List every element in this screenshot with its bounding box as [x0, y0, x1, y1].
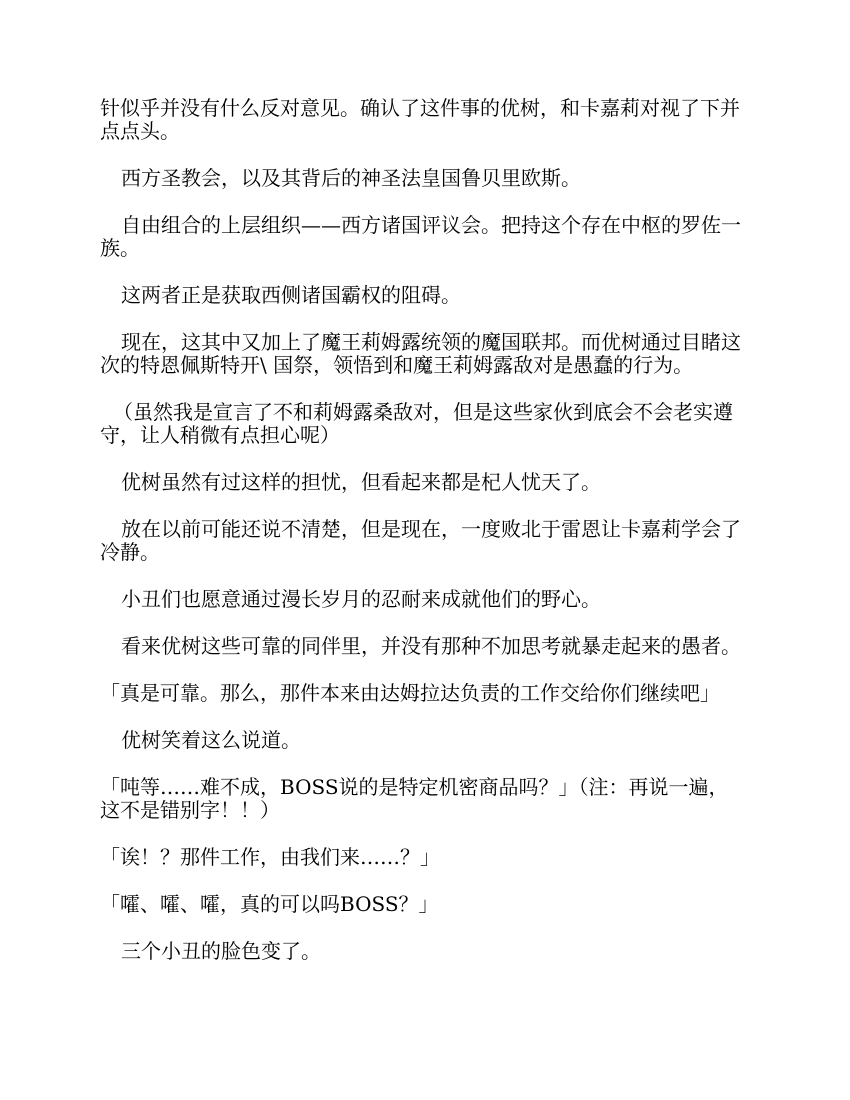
paragraph-5: 现在，这其中又加上了魔王莉姆露统领的魔国联邦。而优树通过目睹这次的特恩佩斯特开\…	[100, 331, 748, 377]
paragraph-6-inner-thought: （虽然我是宣言了不和莉姆露桑敌对，但是这些家伙到底会不会老实遵守，让人稍微有点担…	[100, 401, 748, 447]
paragraph-2: 西方圣教会，以及其背后的神圣法皇国鲁贝里欧斯。	[100, 167, 748, 190]
paragraph-16: 三个小丑的脸色变了。	[100, 940, 748, 963]
dialogue-line-1: 「真是可靠。那么，那件本来由达姆拉达负责的工作交给你们继续吧」	[100, 682, 748, 705]
paragraph-4: 这两者正是获取西侧诸国霸权的阻碍。	[100, 284, 748, 307]
paragraph-8: 放在以前可能还说不清楚，但是现在，一度败北于雷恩让卡嘉莉学会了冷静。	[100, 518, 748, 564]
dialogue-line-2: 「吨等……难不成，BOSS说的是特定机密商品吗？」（注：再说一遍，这不是错别字！…	[100, 776, 748, 822]
paragraph-1: 针似乎并没有什么反对意见。确认了这件事的优树，和卡嘉莉对视了下并点点头。	[100, 97, 748, 143]
paragraph-12: 优树笑着这么说道。	[100, 729, 748, 752]
paragraph-3: 自由组合的上层组织——西方诸国评议会。把持这个存在中枢的罗佐一族。	[100, 214, 748, 260]
paragraph-7: 优树虽然有过这样的担忧，但看起来都是杞人忧天了。	[100, 471, 748, 494]
dialogue-line-3: 「诶！？那件工作，由我们来……？」	[100, 846, 748, 869]
paragraph-10: 看来优树这些可靠的同伴里，并没有那种不加思考就暴走起来的愚者。	[100, 635, 748, 658]
dialogue-line-4: 「嚯、嚯、嚯，真的可以吗BOSS？」	[100, 893, 748, 916]
document-page: 针似乎并没有什么反对意见。确认了这件事的优树，和卡嘉莉对视了下并点点头。 西方圣…	[100, 97, 748, 987]
paragraph-9: 小丑们也愿意通过漫长岁月的忍耐来成就他们的野心。	[100, 588, 748, 611]
